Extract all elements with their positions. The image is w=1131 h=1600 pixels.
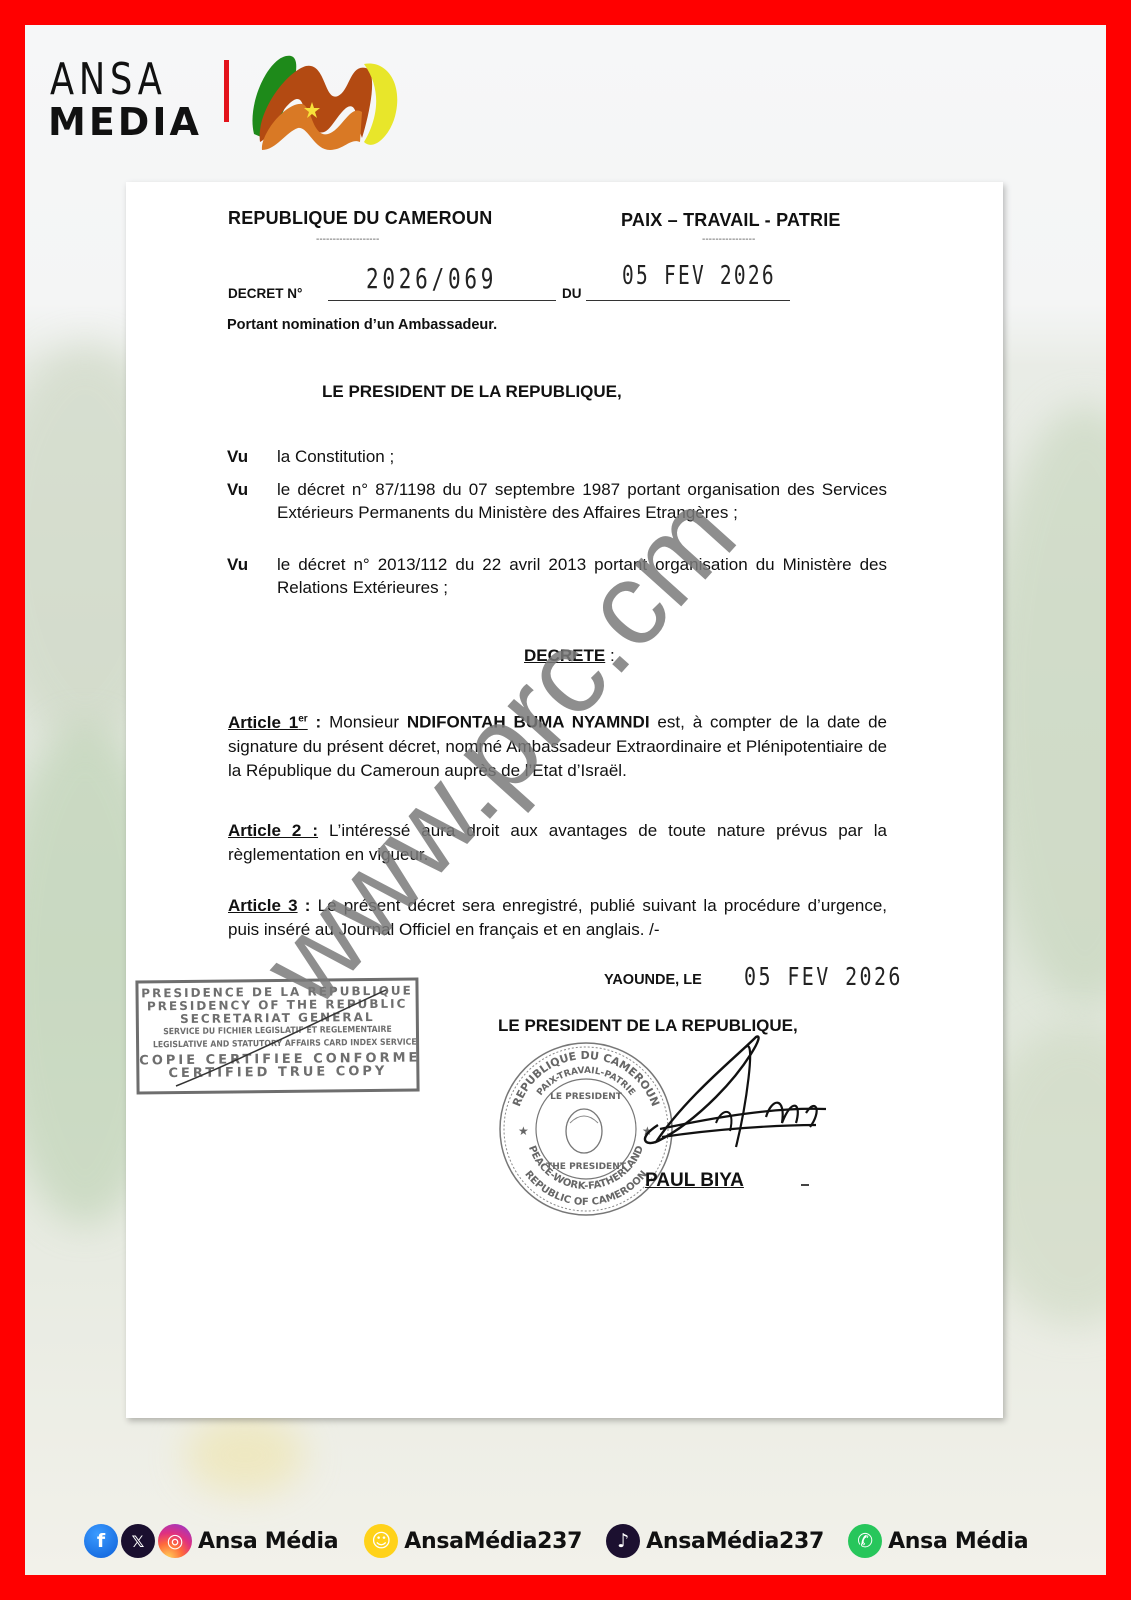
whatsapp-icon[interactable]: ✆ <box>848 1524 882 1558</box>
facebook-icon[interactable]: f <box>84 1524 118 1558</box>
article-3: Article 3 : Le présent décret sera enreg… <box>228 894 887 942</box>
logo-text-ansa: ANSA <box>50 54 167 105</box>
signer-name: PAUL BIYA <box>645 1170 744 1192</box>
instagram-icon[interactable]: ◎ <box>158 1524 192 1558</box>
svg-text:★: ★ <box>518 1124 529 1138</box>
logo-divider <box>224 60 229 122</box>
social-snapchat[interactable]: ☺ AnsaMédia237 <box>364 1524 582 1558</box>
appointee-name: NDIFONTAH BUMA NYAMNDI <box>407 713 650 732</box>
ansa-media-logo: ANSA MEDIA <box>36 42 376 152</box>
logo-text-media: MEDIA <box>48 100 202 144</box>
social-whatsapp[interactable]: ✆ Ansa Média <box>848 1524 1028 1558</box>
decrete-heading: DECRETE : <box>524 646 615 666</box>
decree-date: 05 FEV 2026 <box>622 261 776 291</box>
article-2: Article 2 : L’intéressé aura droit aux a… <box>228 819 887 867</box>
header-right-dashes: ---------------- <box>702 234 755 245</box>
social-footer: f 𝕏 ◎ Ansa Média ☺ AnsaMédia237 ♪ AnsaMé… <box>84 1521 1028 1561</box>
social-label[interactable]: AnsaMédia237 <box>404 1529 582 1554</box>
social-label[interactable]: AnsaMédia237 <box>646 1529 824 1554</box>
social-label[interactable]: Ansa Média <box>888 1529 1028 1554</box>
signing-date: 05 FEV 2026 <box>744 962 903 991</box>
social-label[interactable]: Ansa Média <box>198 1529 338 1554</box>
signature-icon <box>596 1027 846 1167</box>
vu-item: Vu la Constitution ; <box>227 445 887 468</box>
president-heading: LE PRESIDENT DE LA REPUBLIQUE, <box>322 382 622 402</box>
date-label: DU <box>562 286 582 301</box>
vu-item: Vu le décret n° 87/1198 du 07 septembre … <box>227 478 887 524</box>
decree-number-label: DECRET N° <box>228 286 302 301</box>
signing-place: YAOUNDE, LE <box>604 972 702 988</box>
social-facebook-x-instagram[interactable]: f 𝕏 ◎ Ansa Média <box>84 1524 338 1558</box>
watermark-prc: www.prc.cm <box>126 182 1003 1418</box>
decree-subject: Portant nomination d’un Ambassadeur. <box>227 317 497 333</box>
decree-number: 2026/069 <box>366 262 497 295</box>
stamp-signature-stroke <box>146 982 426 1092</box>
decree-number-line <box>328 299 556 301</box>
header-left-dashes: ------------------- <box>316 234 379 245</box>
signer-dash <box>801 1184 809 1186</box>
article-1: Article 1er : Monsieur NDIFONTAH BUMA NY… <box>228 707 887 783</box>
header-motto: PAIX – TRAVAIL - PATRIE <box>621 210 841 231</box>
decree-document: REPUBLIQUE DU CAMEROUN -----------------… <box>126 182 1003 1418</box>
vu-item: Vu le décret n° 2013/112 du 22 avril 201… <box>227 553 887 599</box>
social-tiktok[interactable]: ♪ AnsaMédia237 <box>606 1524 824 1558</box>
x-icon[interactable]: 𝕏 <box>121 1524 155 1558</box>
logo-m-mark-icon <box>246 42 406 154</box>
snapchat-icon[interactable]: ☺ <box>364 1524 398 1558</box>
decree-date-line <box>586 299 790 301</box>
header-republic: REPUBLIQUE DU CAMEROUN <box>228 208 492 229</box>
tiktok-icon[interactable]: ♪ <box>606 1524 640 1558</box>
